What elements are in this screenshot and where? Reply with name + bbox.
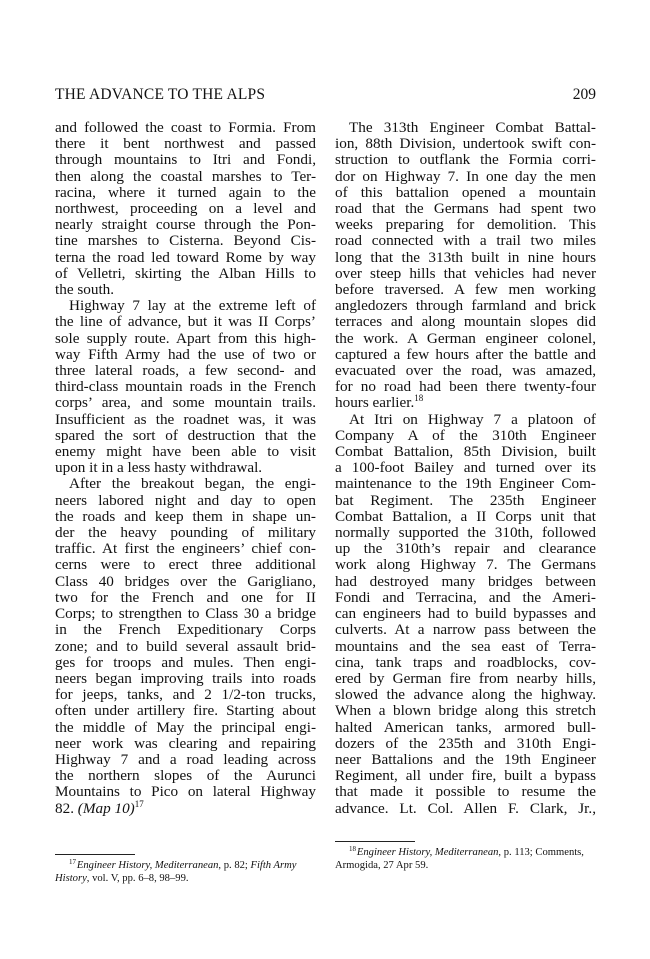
map-reference: (Map 10): [74, 800, 135, 817]
text-line: neers began improving trails into roads: [55, 671, 316, 687]
text-line: Insufficient as the roadnet was, it was: [55, 412, 316, 428]
text-line: road that the Germans had spent two: [335, 201, 596, 217]
text-line: the line of advance, but it was II Corps…: [55, 314, 316, 330]
text-line: third-class mountain roads in the French: [55, 379, 316, 395]
text-line: tine marshes to Cisterna. Beyond Cis-: [55, 233, 316, 249]
text-line: Highway 7 and a road leading across: [55, 752, 316, 768]
text-line: Fondi and Terracina, and the Ameri-: [335, 590, 596, 606]
citation-text: , vol. V, pp. 6–8, 98–99.: [87, 873, 189, 884]
text-line: ges for troops and mules. Then engi-: [55, 655, 316, 671]
text-line: dozers of the 235th and 310th Engi-: [335, 736, 596, 752]
text-line: through mountains to Itri and Fondi,: [55, 152, 316, 168]
text-line: angledozers through farmland and brick: [335, 298, 596, 314]
text-line: ion, 88th Division, undertook swift con-: [335, 136, 596, 152]
footnote-18: 18 Engineer History, Mediterranean, p. 1…: [335, 847, 596, 872]
text-line: corps’ area, and some mountain trails.: [55, 395, 316, 411]
text-line: often under artillery fire. Starting abo…: [55, 703, 316, 719]
text-line: way Fifth Army had the use of two or: [55, 347, 316, 363]
text-line: in the French Expeditionary Corps: [55, 622, 316, 638]
text-line: neer Battalions and the 19th Engineer: [335, 752, 596, 768]
text-line: Combat Battalion, 85th Division, built: [335, 444, 596, 460]
text-line: Mountains to Pico on lateral Highway: [55, 784, 316, 800]
text-line: enemy might have been able to visit: [55, 444, 316, 460]
text-line: After the breakout began, the engi-: [55, 476, 316, 492]
text-line: the middle of May the principal engi-: [55, 720, 316, 736]
text-line: The 313th Engineer Combat Battal-: [335, 120, 596, 136]
footnote-marker: 18: [349, 845, 356, 853]
footnote-rule-right: [335, 841, 415, 842]
footnote-marker: 17: [69, 858, 76, 866]
text-line: racina, where it turned again to the: [55, 185, 316, 201]
running-head: THE ADVANCE TO THE ALPS: [55, 86, 265, 104]
text-line: then along the coastal marshes to Ter-: [55, 169, 316, 185]
text-line: sole supply route. Apart from this high-: [55, 331, 316, 347]
text-line: normally supported the 310th, followed: [335, 525, 596, 541]
text-line: before traversed. A few men working: [335, 282, 596, 298]
text-line: When a blown bridge along this stretch: [335, 703, 596, 719]
text-line: mountains and the sea east of Terra-: [335, 639, 596, 655]
text-line: the south.: [55, 282, 316, 298]
page-header: THE ADVANCE TO THE ALPS 209: [55, 86, 596, 106]
footnote-ref-18[interactable]: 18: [414, 393, 423, 403]
text-line: ered by German fire from nearby hills,: [335, 671, 596, 687]
text-line: 82. (Map 10)17: [55, 801, 316, 817]
left-column: and followed the coast to Formia. Fromth…: [55, 120, 316, 817]
text-line: Regiment, all under fire, built a bypass: [335, 768, 596, 784]
text-line: Highway 7 lay at the extreme left of: [55, 298, 316, 314]
text-line: culverts. At a narrow pass between the: [335, 622, 596, 638]
text-line: advance. Lt. Col. Allen F. Clark, Jr.,: [335, 801, 596, 817]
text-line: cerns were to erect three additional: [55, 557, 316, 573]
text-line: upon it in a less hasty withdrawal.: [55, 460, 316, 476]
text-line: der the heavy pounding of military: [55, 525, 316, 541]
text-line: Class 40 bridges over the Garigliano,: [55, 574, 316, 590]
text-line: work along Highway 7. The Germans: [335, 557, 596, 573]
text-line: a 100-foot Bailey and turned over its: [335, 460, 596, 476]
footnote-17: 17 Engineer History, Mediterranean, p. 8…: [55, 860, 316, 885]
text-line: Company A of the 310th Engineer: [335, 428, 596, 444]
text-line: two for the French and one for II: [55, 590, 316, 606]
text-line: long that the 313th built in nine hours: [335, 250, 596, 266]
text-line: over steep hills that vehicles had never: [335, 266, 596, 282]
text-line: neer work was clearing and repairing: [55, 736, 316, 752]
right-column: The 313th Engineer Combat Battal-ion, 88…: [335, 120, 596, 817]
text-line: Corps; to strengthen to Class 30 a bridg…: [55, 606, 316, 622]
text-line: halted American tanks, armored bull-: [335, 720, 596, 736]
text-line: neers labored night and day to open: [55, 493, 316, 509]
text-line: that made it possible to resume the: [335, 784, 596, 800]
text-line: struction to outflank the Formia corri-: [335, 152, 596, 168]
page-number: 209: [573, 86, 596, 104]
text-line: terraces and along mountain slopes did: [335, 314, 596, 330]
text-line: cina, tank traps and roadblocks, cov-: [335, 655, 596, 671]
text-line: traffic. At first the engineers’ chief c…: [55, 541, 316, 557]
text-line: spared the sort of destruction that the: [55, 428, 316, 444]
text-line: for jeeps, tanks, and 2 1/2-ton trucks,: [55, 687, 316, 703]
citation-text: , p. 82;: [218, 860, 250, 871]
citation-title: Engineer History, Mediterranean: [357, 847, 499, 858]
text-line: northwest, proceeding on a level and: [55, 201, 316, 217]
text-line: three lateral roads, a few second- and: [55, 363, 316, 379]
text-line: the northern slopes of the Aurunci: [55, 768, 316, 784]
text-line: can engineers had to build bypasses and: [335, 606, 596, 622]
text-line: up the 310th’s repair and clearance: [335, 541, 596, 557]
text-line: bat Regiment. The 235th Engineer: [335, 493, 596, 509]
citation-title: Engineer History, Mediterranean: [77, 860, 219, 871]
text-line: dor on Highway 7. In one day the men: [335, 169, 596, 185]
text-line: of Velletri, skirting the Alban Hills to: [55, 266, 316, 282]
text-line: had destroyed many bridges between: [335, 574, 596, 590]
text-line: and followed the coast to Formia. From: [55, 120, 316, 136]
text-line: the roads and keep them in shape un-: [55, 509, 316, 525]
text-line: hours earlier.18: [335, 395, 596, 411]
footnote-rule-left: [55, 854, 135, 855]
text-line: maintenance to the 19th Engineer Com-: [335, 476, 596, 492]
text-line: the work. A German engineer colonel,: [335, 331, 596, 347]
text-line: road connected with a trail two miles: [335, 233, 596, 249]
text-line: zone; and to build several assault brid-: [55, 639, 316, 655]
text-line: At Itri on Highway 7 a platoon of: [335, 412, 596, 428]
text-line: weeks preparing for demolition. This: [335, 217, 596, 233]
text-line: terna the road led toward Rome by way: [55, 250, 316, 266]
text-line: captured a few hours after the battle an…: [335, 347, 596, 363]
text-line: slowed the advance along the highway.: [335, 687, 596, 703]
text-line: of this battalion opened a mountain: [335, 185, 596, 201]
text-line: Combat Battalion, a II Corps unit that: [335, 509, 596, 525]
footnote-ref-17[interactable]: 17: [135, 799, 144, 809]
text-line: evacuated over the road, was amazed,: [335, 363, 596, 379]
text-line: there it bent northwest and passed: [55, 136, 316, 152]
text-line: nearly straight course through the Pon-: [55, 217, 316, 233]
